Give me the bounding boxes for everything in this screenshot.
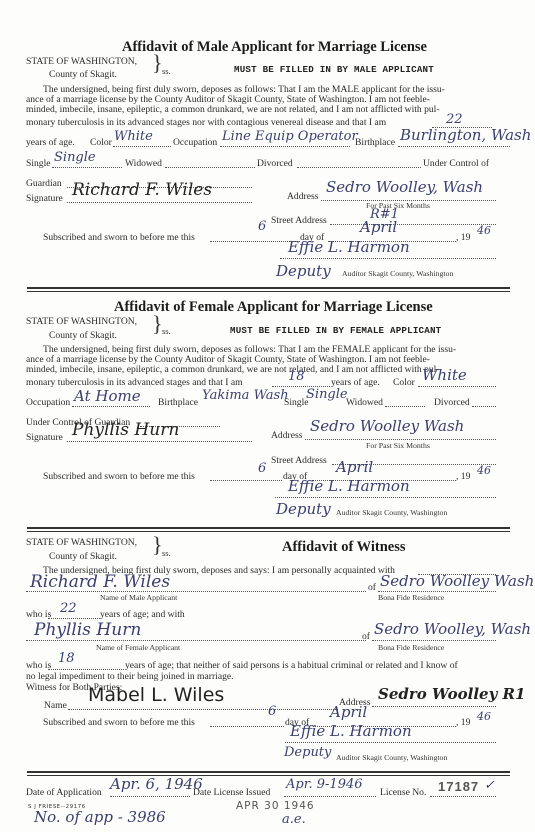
female-occupation-value[interactable]: At Home (74, 387, 141, 405)
female-subscribed-label: Subscribed and sworn to before me this (43, 471, 195, 482)
male-street-label: Street Address (271, 215, 327, 226)
male-ss-label: ss. (162, 66, 171, 76)
female-notary-title[interactable]: Deputy (276, 500, 331, 518)
female-color-value[interactable]: White (422, 366, 467, 384)
male-paragraph-line3: minded, imbecile, insane, epileptic, a c… (26, 105, 494, 115)
witness-year-value[interactable]: 46 (477, 710, 491, 723)
male-guardian-label: Guardian (26, 178, 62, 189)
male-birthplace-label: Birthplace (355, 137, 395, 148)
clerk-initials: a.e. (282, 812, 306, 827)
date-application-value[interactable]: Apr. 6, 1946 (110, 775, 203, 793)
male-notary-line (280, 258, 496, 259)
male-color-line (113, 146, 171, 147)
date-application-label: Date of Application (26, 787, 102, 798)
female-state-label: STATE OF WASHINGTON, (26, 316, 137, 327)
section-divider (27, 287, 510, 289)
male-occupation-value[interactable]: Line Equip Operator (222, 129, 358, 144)
female-instruction: MUST BE FILLED IN BY FEMALE APPLICANT (230, 325, 441, 336)
female-address-label: Address (271, 430, 302, 441)
witness-affidavit-title: Affidavit of Witness (282, 539, 406, 556)
marriage-license-affidavit-document: Affidavit of Male Applicant for Marriage… (0, 0, 535, 832)
witness-years-tail: years of age; that neither of said perso… (125, 660, 458, 671)
male-year-prefix: , 19 (456, 232, 470, 243)
female-birthplace-label: Birthplace (158, 397, 198, 408)
male-single-line (52, 167, 122, 168)
witness-address-value[interactable]: Sedro Woolley R1 (378, 685, 525, 703)
female-color-label: Color (393, 377, 415, 388)
witness-brace: } (152, 534, 163, 556)
license-no-label: License No. (380, 787, 426, 798)
female-notary-signature[interactable]: Effie L. Harmon (288, 477, 410, 495)
female-occupation-label: Occupation (26, 397, 70, 408)
male-street-line (330, 224, 496, 225)
license-no-value: 17187 (438, 779, 479, 794)
witness-name-line (68, 709, 338, 710)
date-application-line (110, 796, 190, 797)
witness-subscribed-label: Subscribed and sworn to before me this (43, 717, 195, 728)
male-address-value[interactable]: Sedro Woolley, Wash (326, 178, 483, 196)
witness-of-label-male: of (368, 582, 376, 593)
female-past-six-label: For Past Six Months (366, 441, 430, 450)
female-day-value[interactable]: 6 (258, 461, 266, 476)
male-single-label: Single (26, 158, 51, 169)
male-signature-label: Signature (26, 193, 63, 204)
date-issued-line (284, 796, 376, 797)
male-occupation-line (220, 146, 350, 147)
witness-address-line (372, 706, 496, 707)
male-affidavit-title: Affidavit of Male Applicant for Marriage… (122, 39, 427, 56)
witness-state-label: STATE OF WASHINGTON, (26, 537, 137, 548)
female-month-value[interactable]: April (336, 458, 373, 476)
female-address-line (305, 439, 496, 440)
male-color-value[interactable]: White (114, 129, 153, 144)
male-auditor-label: Auditor Skagit County, Washington (342, 269, 453, 278)
witness-female-name-value[interactable]: Phyllis Hurn (34, 620, 141, 640)
female-day-line (210, 480, 282, 481)
male-notary-signature[interactable]: Effie L. Harmon (288, 238, 410, 256)
female-year-prefix: , 19 (456, 471, 470, 482)
witness-male-name-value[interactable]: Richard F. Wiles (30, 572, 170, 592)
witness-no-legal: no legal impediment to their being joine… (26, 671, 234, 682)
male-address-label: Address (287, 191, 318, 202)
witness-name-female-caption: Name of Female Applicant (96, 643, 180, 652)
witness-years-and-with: years of age; and with (100, 609, 185, 620)
witness-bona-fide-caption-2: Bona Fide Residence (378, 643, 444, 652)
male-widowed-line (165, 167, 255, 168)
male-divorced-label: Divorced (257, 158, 293, 169)
male-widowed-label: Widowed (125, 158, 162, 169)
male-divorced-line (297, 167, 421, 168)
witness-name-label: Name (44, 700, 67, 711)
female-widowed-line (385, 406, 425, 407)
female-auditor-label: Auditor Skagit County, Washington (336, 508, 447, 517)
date-issued-value[interactable]: Apr. 9-1946 (286, 777, 363, 792)
male-signature-value[interactable]: Richard F. Wiles (72, 180, 212, 200)
section-divider (27, 775, 510, 776)
witness-name-value[interactable]: Mabel L. Wiles (88, 684, 224, 706)
female-birthplace-value[interactable]: Yakima Wash (202, 388, 289, 403)
male-notary-title[interactable]: Deputy (276, 262, 331, 280)
license-no-line (430, 796, 496, 797)
witness-of-label-female: of (362, 631, 370, 642)
witness-female-age-line (48, 669, 124, 670)
male-birthplace-line (398, 146, 510, 147)
male-paragraph-line4: monary tuberculosis in its advanced stag… (26, 117, 386, 128)
male-day-line (210, 241, 300, 242)
female-divorced-label: Divorced (434, 397, 470, 408)
section-divider (27, 291, 510, 292)
witness-auditor-label: Auditor Skagit County, Washington (336, 753, 447, 762)
witness-year-prefix: , 19 (456, 717, 470, 728)
male-color-label: Color (90, 137, 112, 148)
male-day-value[interactable]: 6 (258, 219, 266, 234)
female-address-value[interactable]: Sedro Woolley Wash (310, 417, 464, 435)
witness-male-residence-value[interactable]: Sedro Woolley Wash. (380, 572, 535, 590)
witness-male-residence-line (378, 591, 496, 592)
male-years-label: years of age. (26, 137, 75, 148)
witness-notary-title[interactable]: Deputy (284, 745, 331, 760)
female-year-value[interactable]: 46 (477, 464, 491, 477)
witness-day-line (210, 726, 284, 727)
male-occupation-label: Occupation (173, 137, 217, 148)
female-single-value[interactable]: Single (306, 387, 348, 402)
female-street-label: Street Address (271, 455, 327, 466)
male-county-label: County of Skagit. (49, 69, 117, 80)
female-single-label: Single (284, 397, 309, 408)
section-divider (27, 527, 510, 529)
male-year-value[interactable]: 46 (477, 224, 491, 237)
witness-female-name-line (26, 640, 366, 641)
female-widowed-label: Widowed (346, 397, 383, 408)
witness-male-age-line (48, 618, 100, 619)
male-month-value[interactable]: April (360, 218, 397, 236)
male-instruction: MUST BE FILLED IN BY MALE APPLICANT (234, 64, 434, 75)
date-issued-label: Date License Issued (193, 787, 270, 798)
female-brace: } (152, 313, 163, 335)
witness-ss-label: ss. (162, 548, 171, 558)
female-color-line (418, 386, 496, 387)
female-ss-label: ss. (162, 326, 171, 336)
female-signature-value[interactable]: Phyllis Hurn (72, 420, 179, 440)
check-mark-icon: ✓ (484, 778, 495, 793)
male-signature-line (67, 202, 252, 203)
witness-female-residence-line (372, 640, 496, 641)
female-county-label: County of Skagit. (49, 330, 117, 341)
witness-day-value[interactable]: 6 (268, 704, 276, 719)
witness-notary-signature[interactable]: Effie L. Harmon (290, 722, 412, 740)
witness-month-value[interactable]: April (330, 703, 367, 721)
male-state-label: STATE OF WASHINGTON, (26, 56, 137, 67)
female-signature-line (67, 441, 252, 442)
section-divider (27, 531, 510, 532)
male-birthplace-value[interactable]: Burlington, Wash (400, 126, 531, 144)
witness-county-label: County of Skagit. (49, 551, 117, 562)
witness-bona-fide-caption-1: Bona Fide Residence (378, 593, 444, 602)
section-divider (27, 771, 510, 773)
female-occupation-line (72, 406, 150, 407)
witness-female-residence-value[interactable]: Sedro Woolley, Wash (374, 620, 531, 638)
witness-notary-line (285, 742, 496, 743)
male-under-control-label: Under Control of (423, 158, 489, 169)
witness-female-age-value[interactable]: 18 (58, 651, 75, 666)
male-brace: } (152, 52, 163, 74)
male-single-value[interactable]: Single (54, 150, 96, 165)
male-age-value[interactable]: 22 (446, 112, 463, 127)
witness-male-age-value[interactable]: 22 (60, 601, 77, 616)
female-signature-label: Signature (26, 432, 63, 443)
male-subscribed-label: Subscribed and sworn to before me this (43, 232, 195, 243)
witness-name-male-caption: Name of Male Applicant (100, 593, 177, 602)
application-number: No. of app - 3986 (34, 808, 166, 826)
female-age-value[interactable]: 18 (288, 369, 305, 384)
female-notary-line (275, 497, 496, 498)
female-divorced-line (472, 406, 496, 407)
received-date-stamp: APR 30 1946 (236, 800, 315, 812)
